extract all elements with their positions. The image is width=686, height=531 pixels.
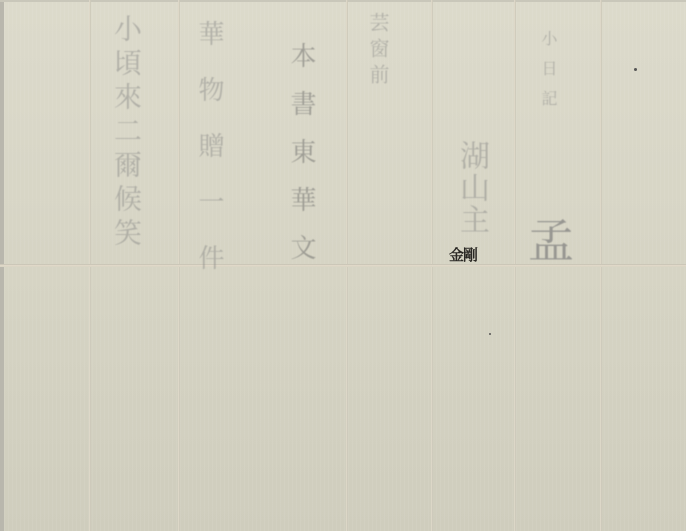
ink-seal: 金剛 (443, 244, 483, 264)
handwritten-column-1: 小頃來二爾候笑 (112, 14, 140, 252)
handwritten-column-3: 本書東華文 (288, 42, 314, 282)
paper-top-edge (0, 0, 686, 2)
handwritten-column-6: 小日記 (540, 30, 556, 120)
signature-character: 孟 (528, 205, 574, 271)
horizontal-fold-line (0, 264, 686, 267)
ink-speck (489, 333, 491, 335)
handwritten-column-2: 華物贈一件 (196, 20, 222, 300)
handwritten-column-5: 湖山主 (456, 140, 486, 236)
ink-speck (634, 68, 637, 71)
document-paper: 小頃來二爾候笑 華物贈一件 本書東華文 芸窗前 湖山主 小日記 孟 金剛 (0, 0, 686, 531)
handwritten-column-4: 芸窗前 (368, 12, 388, 90)
